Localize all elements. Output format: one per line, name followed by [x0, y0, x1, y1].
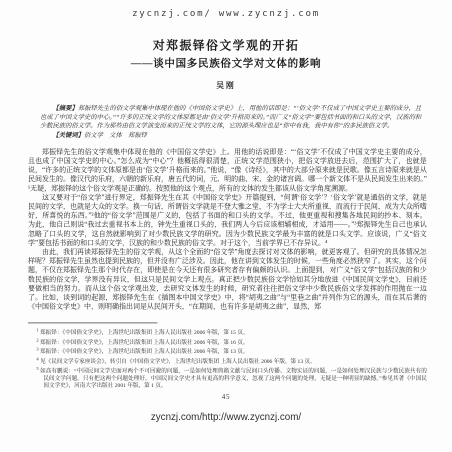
- paper-subtitle: ——谈中国多民族俗文学对文体的影响: [0, 55, 452, 70]
- scanned-paper-page: zycnzj.com/ www.zycnzj.com 对郑振铎俗文学观的开拓 —…: [0, 0, 452, 452]
- body-paragraph-1: 郑振铎先生的俗文学观集中体现在他的《中国俗文学史》上。用他的话说即是：“‘俗文学…: [28, 148, 427, 193]
- page-number: 45: [0, 393, 452, 401]
- footnote-3-text: 郑振铎：《中国俗文学史》，上海世纪出版集团 上海人民出版社 2006 年版，第 …: [40, 348, 249, 354]
- footnote-1-text: 郑振铎：《中国俗文学史》，上海世纪出版集团 上海人民出版社 2006 年版，第 …: [40, 329, 249, 335]
- page-content: zycnzj.com/ www.zycnzj.com 对郑振铎俗文学观的开拓 —…: [0, 0, 452, 452]
- header-watermark-url: zycnzj.com/ www.zycnzj.com: [0, 8, 452, 18]
- body-paragraph-3: 由此，我们再读郑振铎先生的俗文学观，从这个全面的“俗文学”角度去探讨对文体的影响…: [28, 248, 427, 312]
- abstract-text: 郑振铎先生的俗文学观集中体现在他的《中国俗文学史》上，用他的话即是：“‘俗文学’…: [40, 104, 421, 128]
- paper-author: 吴刚: [0, 80, 452, 91]
- footnote-list: 1郑振铎：《中国俗文学史》，上海世纪出版集团 上海人民出版社 2006 年版，第…: [36, 327, 426, 389]
- footnote-2-marker: 2: [36, 338, 38, 343]
- footnote-3-marker: 3: [36, 347, 38, 352]
- keywords-text: 俗文学 文体 郑振铎: [84, 131, 147, 138]
- article-body: 郑振铎先生的俗文学观集中体现在他的《中国俗文学史》上。用他的话说即是：“‘俗文学…: [28, 148, 427, 312]
- footnote-5: 5如高有鹏说：“中国民间文学史面对两个不可回避的问题，一是如何处理典籍文献与民间…: [36, 366, 426, 390]
- footnote-5-marker: 5: [36, 366, 38, 371]
- abstract-label: 【摘要】: [52, 104, 77, 111]
- footnote-1: 1郑振铎：《中国俗文学史》，上海世纪出版集团 上海人民出版社 2006 年版，第…: [36, 327, 426, 336]
- footnote-4: 4见《民间文学专家座谈会》，转引自《中国俗文学史》，上海世纪出版集团 上海人民出…: [36, 356, 426, 365]
- footnote-separator-rule: [28, 323, 157, 324]
- footnote-4-marker: 4: [36, 357, 38, 362]
- paper-title: 对郑振铎俗文学观的开拓: [0, 36, 452, 53]
- body-paragraph-2: 这又要对于“俗文学”进行界定，郑振铎先生在其《中国俗文学史》开篇提到，“何谓‘俗…: [28, 193, 427, 248]
- abstract-block: 【摘要】郑振铎先生的俗文学观集中体现在他的《中国俗文学史》上，用他的话即是：“‘…: [40, 104, 421, 140]
- keywords-line: 【关键词】俗文学 文体 郑振铎: [40, 130, 421, 139]
- abstract-paragraph: 【摘要】郑振铎先生的俗文学观集中体现在他的《中国俗文学史》上，用他的话即是：“‘…: [40, 104, 421, 130]
- footer-watermark-url: zycnzj.com/http://www.zycnzj.com/: [0, 411, 452, 422]
- footnote-2: 2郑振铎：《中国俗文学史》，上海世纪出版集团 上海人民出版社 2006 年版，第…: [36, 337, 426, 346]
- footnote-2-text: 郑振铎：《中国俗文学史》，上海世纪出版集团 上海人民出版社 2006 年版，第 …: [40, 339, 249, 345]
- footnote-3: 3郑振铎：《中国俗文学史》，上海世纪出版集团 上海人民出版社 2006 年版，第…: [36, 347, 426, 356]
- footnote-1-marker: 1: [36, 328, 38, 333]
- footnote-4-text: 见《民间文学专家座谈会》，转引自《中国俗文学史》，上海世纪出版集团 上海人民出版…: [40, 358, 316, 364]
- footnote-5-text: 如高有鹏说：“中国民间文学史面对两个不可回避的问题，一是如何处理典籍文献与民间口…: [40, 368, 427, 389]
- keywords-label: 【关键词】: [52, 131, 83, 138]
